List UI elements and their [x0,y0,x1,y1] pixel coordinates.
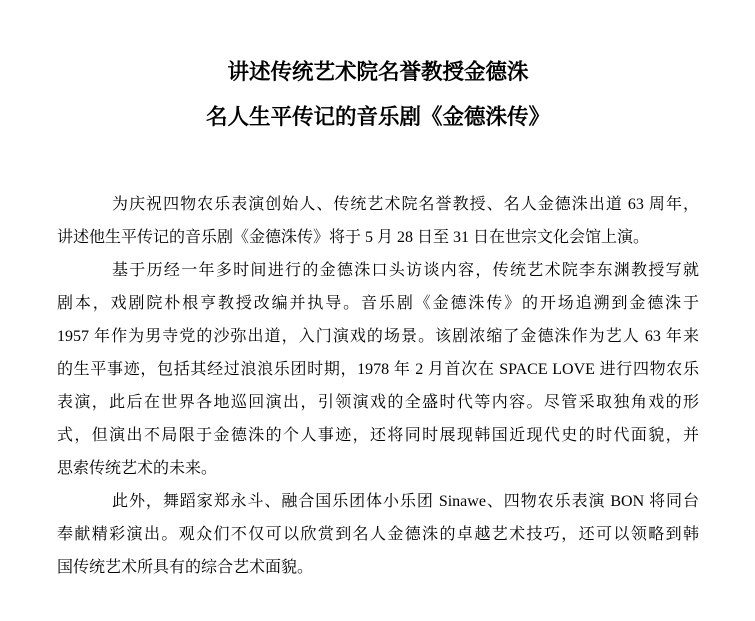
document-body: 为庆祝四物农乐表演创始人、传统艺术院名誉教授、名人金德洙出道 63 周年， 讲述… [57,188,699,584]
paragraph-1: 为庆祝四物农乐表演创始人、传统艺术院名誉教授、名人金德洙出道 63 周年， 讲述… [57,188,699,254]
paragraph-3-line-3: 国传统艺术所具有的综合艺术面貌。 [57,551,699,584]
paragraph-3-line-2: 奉献精彩演出。观众们不仅可以欣赏到名人金德洙的卓越艺术技巧，还可以领略到韩 [57,518,699,551]
document-title: 讲述传统艺术院名誉教授金德洙 名人生平传记的音乐剧《金德洙传》 [57,50,699,140]
paragraph-2-line-3: 1957 年作为男寺党的沙弥出道，入门演戏的场景。该剧浓缩了金德洙作为艺人 63… [57,320,699,353]
paragraph-2-line-1: 基于历经一年多时间进行的金德洙口头访谈内容，传统艺术院李东渊教授写就 [57,254,699,287]
paragraph-1-line-1: 为庆祝四物农乐表演创始人、传统艺术院名誉教授、名人金德洙出道 63 周年， [57,188,699,221]
paragraph-2-line-4: 的生平事迹，包括其经过浪浪乐团时期，1978 年 2 月首次在 SPACE LO… [57,353,699,386]
paragraph-2: 基于历经一年多时间进行的金德洙口头访谈内容，传统艺术院李东渊教授写就 剧本，戏剧… [57,254,699,485]
paragraph-2-line-2: 剧本，戏剧院朴根亨教授改编并执导。音乐剧《金德洙传》的开场追溯到金德洙于 [57,287,699,320]
paragraph-2-line-7: 思索传统艺术的未来。 [57,452,699,485]
title-line-1: 讲述传统艺术院名誉教授金德洙 [57,50,699,95]
paragraph-3: 此外，舞蹈家郑永斗、融合国乐团体小乐团 Sinawe、四物农乐表演 BON 将同… [57,485,699,584]
paragraph-3-line-1: 此外，舞蹈家郑永斗、融合国乐团体小乐团 Sinawe、四物农乐表演 BON 将同… [57,485,699,518]
document-page: 讲述传统艺术院名誉教授金德洙 名人生平传记的音乐剧《金德洙传》 为庆祝四物农乐表… [0,0,755,621]
paragraph-2-line-5: 表演，此后在世界各地巡回演出，引领演戏的全盛时代等内容。尽管采取独角戏的形 [57,386,699,419]
title-line-2: 名人生平传记的音乐剧《金德洙传》 [57,95,699,140]
paragraph-2-line-6: 式，但演出不局限于金德洙的个人事迹，还将同时展现韩国近现代史的时代面貌，并 [57,419,699,452]
paragraph-1-line-2: 讲述他生平传记的音乐剧《金德洙传》将于 5 月 28 日至 31 日在世宗文化会… [57,221,699,254]
